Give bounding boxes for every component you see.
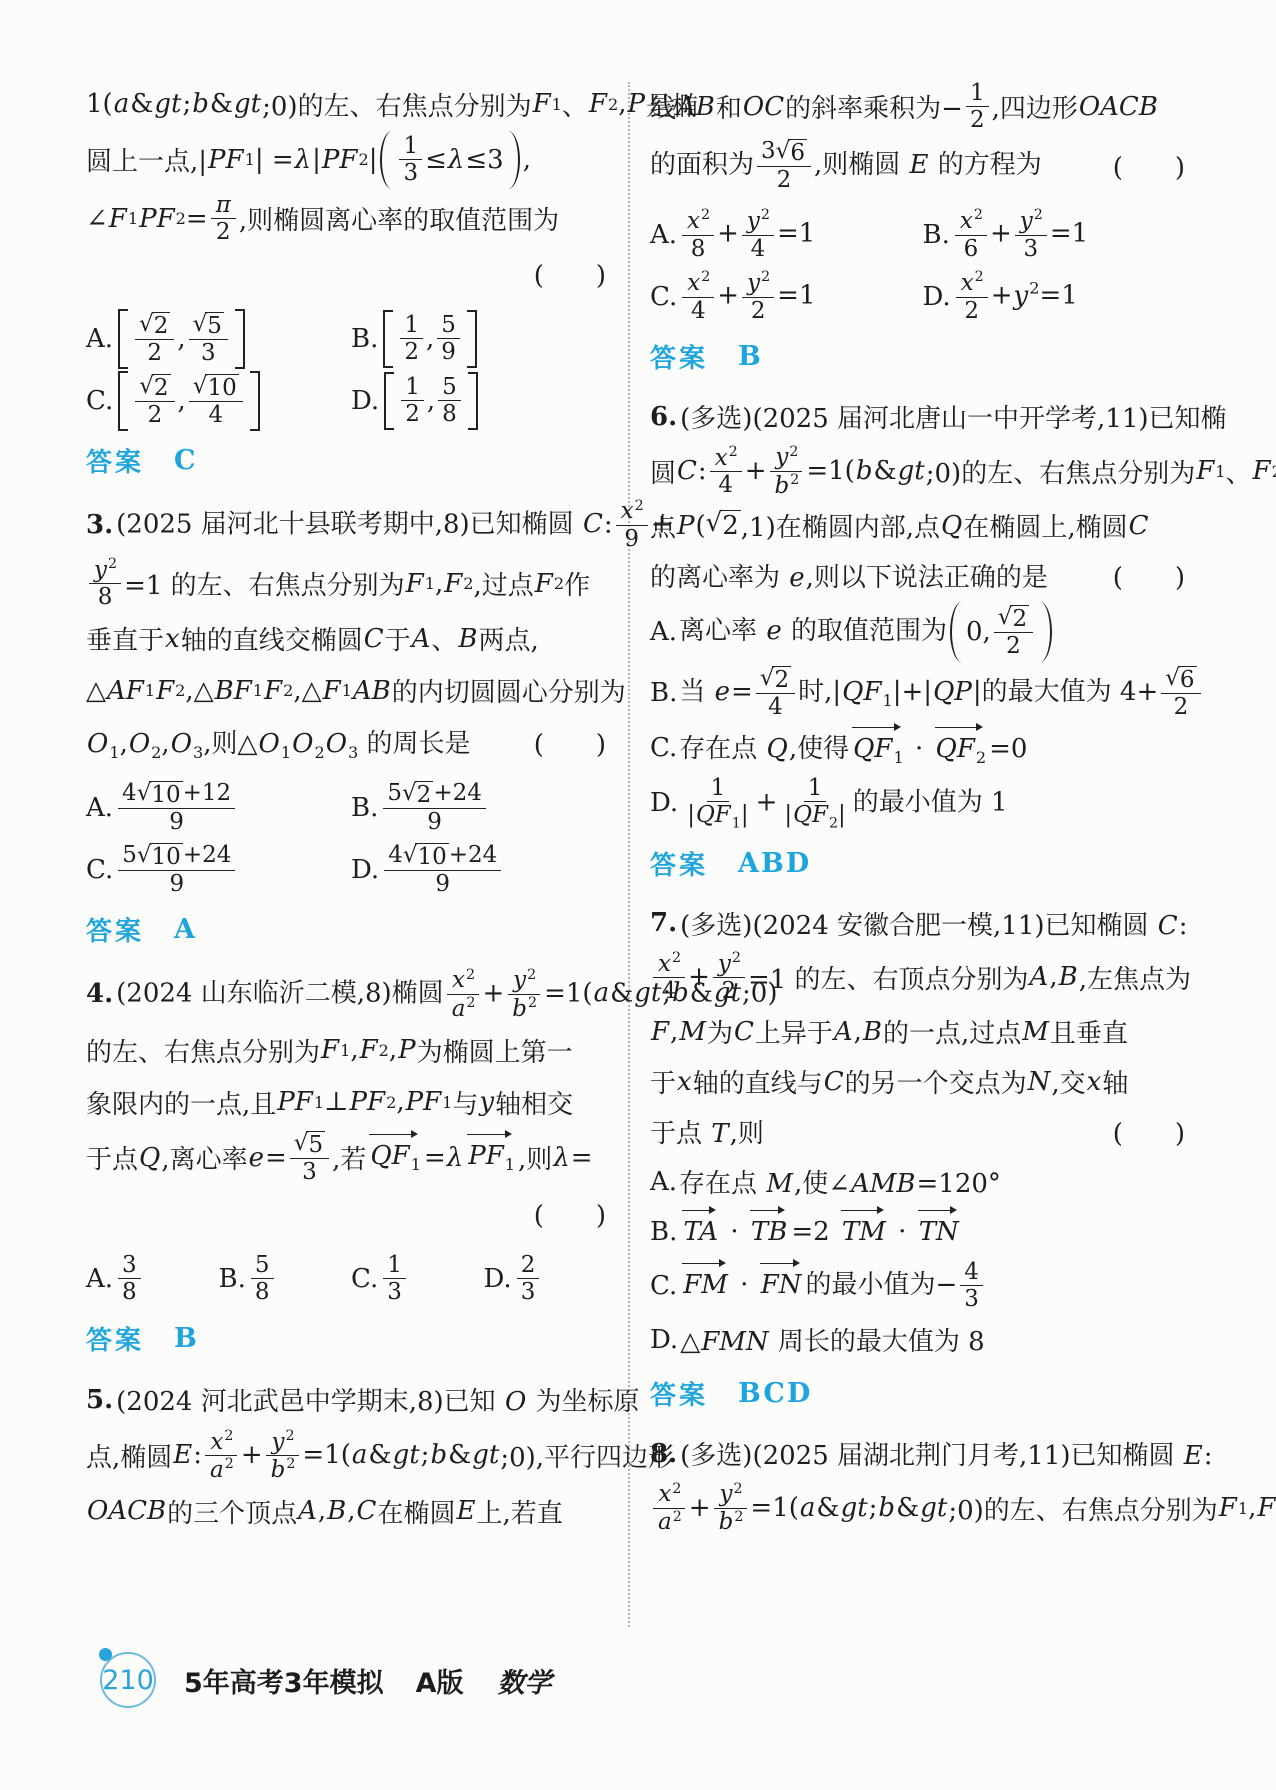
text: 的面积为3√62,则椭圆 E 的方程为	[650, 136, 1042, 196]
answer-blank: ( )	[1113, 557, 1195, 594]
option-label: A.	[86, 324, 113, 354]
option-label: A.	[650, 220, 677, 250]
option-d: D.4√10+249	[351, 839, 616, 901]
problem-number: 7.	[650, 908, 677, 938]
problem-number: 8.	[650, 1439, 677, 1469]
text: O1,O2,O3,则△O1O2O3 的周长是	[86, 723, 471, 762]
option-label: D.	[351, 855, 379, 885]
answer-letter: B	[174, 1323, 199, 1354]
text-line: ∠F1PF2=π2,则椭圆离心率的取值范围为	[86, 190, 616, 248]
answer-blank: ( )	[1113, 1113, 1195, 1150]
edition-label: A版	[416, 1661, 464, 1700]
options-grid: A.√22,√53 B.12,59 C.√22,√104 D.12,58	[86, 308, 616, 432]
problem-number: 4.	[86, 979, 113, 1009]
option-c: C.13	[351, 1248, 484, 1310]
choice-d: D.1|QF1|+1|QF2|的最小值为 1	[650, 773, 1195, 834]
option-label: D.	[923, 282, 951, 312]
choice-label: A.	[650, 1167, 677, 1197]
text-line: 的面积为3√62,则椭圆 E 的方程为( )	[650, 136, 1195, 196]
options-grid: A.4√10+129 B.5√2+249 C.5√10+249 D.4√10+2…	[86, 777, 616, 901]
option-math: x24+y22=1	[679, 267, 815, 326]
option-a: A.√22,√53	[86, 308, 351, 370]
answer-blank: ( )	[534, 724, 616, 761]
option-b: B.12,59	[351, 308, 616, 370]
option-math: 12,59	[380, 309, 480, 369]
problem-2-continuation: 1(a&gt;b&gt;0)的左、右焦点分别为 F1、F2,P 是椭 圆上一点,…	[86, 78, 616, 486]
option-math: 12,58	[381, 371, 481, 431]
answer-blank: ( )	[1113, 147, 1195, 184]
text-line: 于 x 轴的直线与 C 的另一个交点为 N,交 x 轴	[650, 1057, 1195, 1107]
answer-blank-line: ( )	[86, 1188, 616, 1240]
problem-number: 3.	[86, 510, 113, 540]
answer-word: 答案	[650, 338, 708, 375]
option-math: 4√10+249	[381, 840, 504, 900]
text-line: 点 P(√2,1)在椭圆内部,点 Q 在椭圆上,椭圆 C	[650, 501, 1195, 551]
subject-label: 数学	[497, 1661, 551, 1700]
problem-number: 6.	[650, 402, 677, 432]
choice-a: A.离心率 e 的取值范围为0,√22	[650, 601, 1195, 663]
option-label: C.	[650, 282, 677, 312]
choice-math: △FMN 周长的最大值为 8	[680, 1321, 985, 1358]
problem-7: 7.(多选)(2024 安徽合肥一模,11)已知椭圆 C: x24+y22=1 …	[650, 898, 1195, 1418]
answer-row: 答案 B	[650, 332, 1195, 382]
choice-label: D.	[650, 1325, 678, 1355]
decorative-dot-icon	[99, 1648, 112, 1661]
text: (多选)(2025 届河北唐山一中开学考,11)已知椭	[680, 398, 1226, 435]
option-b: B.x26+y23=1	[923, 204, 1196, 266]
choice-math: 当 e=√24时,|QF1|+|QP|的最大值为 4+√62	[679, 663, 1203, 723]
options-grid: A.x28+y24=1 B.x26+y23=1 C.x24+y22=1 D.x2…	[650, 204, 1195, 328]
page-number: 210	[102, 1665, 154, 1696]
text-line: 圆上一点,|PF1| = λ|PF2| 13≤λ≤3,	[86, 130, 616, 190]
text-line: 象限内的一点,且 PF1⊥PF2,PF1 与 y 轴相交	[86, 1076, 616, 1128]
answer-letter: BCD	[738, 1378, 812, 1409]
problem-6: 6.(多选)(2025 届河北唐山一中开学考,11)已知椭 圆 C:x24+y2…	[650, 392, 1195, 888]
page-number-badge: 210	[100, 1652, 156, 1708]
option-math: 5√2+249	[380, 778, 488, 838]
answer-word: 答案	[86, 911, 144, 948]
series-title: 5年高考3年模拟	[184, 1661, 384, 1700]
text-line: 的离心率为 e,则以下说法正确的是( )	[650, 551, 1195, 601]
text-line: 于点 T,则( )	[650, 1107, 1195, 1157]
option-label: B.	[351, 793, 378, 823]
option-label: C.	[86, 855, 113, 885]
text-line: x2a2+y2b2=1(a&gt;b&gt;0)的左、右焦点分别为 F1,F2,	[650, 1479, 1195, 1538]
option-label: D.	[351, 386, 379, 416]
option-label: B.	[219, 1264, 246, 1294]
choice-a: A.存在点 M,使∠AMB=120°	[650, 1157, 1195, 1207]
answer-word: 答案	[650, 845, 708, 882]
option-c: C.x24+y22=1	[650, 266, 923, 328]
text-line: 1(a&gt;b&gt;0)的左、右焦点分别为 F1、F2,P 是椭	[86, 78, 616, 130]
option-math: x28+y24=1	[679, 205, 815, 264]
text-line: 垂直于 x 轴的直线交椭圆 C 于 A、B 两点,	[86, 613, 616, 665]
option-math: 4√10+129	[115, 778, 238, 838]
option-math: x26+y23=1	[952, 205, 1088, 264]
answer-letter: ABD	[738, 848, 811, 879]
answer-word: 答案	[86, 442, 144, 479]
choice-math: TA · TB=2 TM · TN	[679, 1217, 962, 1247]
answer-row: 答案 C	[86, 436, 616, 486]
option-d: D.x22+y2=1	[923, 266, 1196, 328]
answer-word: 答案	[650, 1375, 708, 1412]
text-line: 5.(2024 河北武邑中学期末,8)已知 O 为坐标原	[86, 1374, 616, 1426]
answer-letter: C	[174, 445, 198, 476]
choice-label: A.	[650, 617, 677, 647]
text-line: x24+y22=1 的左、右顶点分别为 A,B,左焦点为	[650, 948, 1195, 1007]
text-line: F,M 为 C 上异于 A,B 的一点,过点 M 且垂直	[650, 1007, 1195, 1057]
choice-d: D.△FMN 周长的最大值为 8	[650, 1315, 1195, 1365]
option-math: 5√10+249	[115, 840, 238, 900]
option-label: C.	[351, 1264, 378, 1294]
text-line: 的左、右焦点分别为 F1,F2,P 为椭圆上第一	[86, 1024, 616, 1076]
problem-5: 5.(2024 河北武邑中学期末,8)已知 O 为坐标原 点,椭圆 E:x2a2…	[86, 1374, 616, 1537]
option-a: A.x28+y24=1	[650, 204, 923, 266]
option-label: A.	[86, 1264, 113, 1294]
answer-blank: ( )	[534, 255, 616, 292]
option-label: B.	[351, 324, 378, 354]
option-math: √22,√104	[115, 370, 263, 432]
choice-math: 1|QF1|+1|QF2|的最小值为 1	[680, 773, 1007, 834]
choice-math: 存在点 M,使∠AMB=120°	[679, 1163, 1001, 1200]
text-line: O1,O2,O3,则△O1O2O3 的周长是( )	[86, 717, 616, 769]
answer-letter: B	[738, 341, 763, 372]
choice-math: 离心率 e 的取值范围为0,√22	[679, 601, 1055, 663]
option-math: 13	[380, 1250, 409, 1308]
text-line: 8.(多选)(2025 届湖北荆门月考,11)已知椭圆 E:	[650, 1429, 1195, 1479]
text-line: y28=1 的左、右焦点分别为 F1,F2,过点 F2 作	[86, 554, 616, 613]
option-label: D.	[484, 1264, 512, 1294]
option-b: B.58	[219, 1248, 352, 1310]
page-footer: 210 5年高考3年模拟 A版 数学	[100, 1652, 551, 1708]
choice-b: B.TA · TB=2 TM · TN	[650, 1207, 1195, 1257]
answer-blank-line: ( )	[86, 248, 616, 300]
text-line: OACB 的三个顶点 A,B,C 在椭圆 E 上,若直	[86, 1485, 616, 1537]
choice-c: C.存在点 Q,使得QF1 · QF2=0	[650, 723, 1195, 773]
text: (2025 届河北十县联考期中,8)已知椭圆 C:x29+	[116, 496, 672, 555]
option-math: 58	[248, 1250, 277, 1308]
choice-math: 存在点 Q,使得QF1 · QF2=0	[679, 728, 1027, 767]
option-a: A.38	[86, 1248, 219, 1310]
choice-b: B.当 e=√24时,|QF1|+|QP|的最大值为 4+√62	[650, 663, 1195, 723]
answer-letter: A	[174, 914, 197, 945]
option-c: C.5√10+249	[86, 839, 351, 901]
option-math: x22+y2=1	[953, 267, 1078, 326]
problem-3: 3.(2025 届河北十县联考期中,8)已知椭圆 C:x29+ y28=1 的左…	[86, 496, 616, 955]
text-line: 圆 C:x24+y2b2=1(b&gt;0)的左、右焦点分别为 F1、F2,	[650, 442, 1195, 501]
choice-label: C.	[650, 1271, 677, 1301]
options-grid: A.38 B.58 C.13 D.23	[86, 1248, 616, 1310]
text-line: 7.(多选)(2024 安徽合肥一模,11)已知椭圆 C:	[650, 898, 1195, 948]
option-math: 23	[514, 1250, 543, 1308]
text: (2024 河北武邑中学期末,8)已知 O 为坐标原	[116, 1381, 639, 1418]
answer-row: 答案 B	[86, 1314, 616, 1364]
option-label: A.	[86, 793, 113, 823]
text-line: 点,椭圆 E:x2a2+y2b2=1(a&gt;b&gt;0),平行四边形	[86, 1426, 616, 1485]
answer-row: 答案 BCD	[650, 1369, 1195, 1419]
text-line: △AF1F2,△BF1F2,△F1AB 的内切圆圆心分别为	[86, 665, 616, 717]
option-b: B.5√2+249	[351, 777, 616, 839]
option-d: D.23	[484, 1248, 617, 1310]
text: (多选)(2024 安徽合肥一模,11)已知椭圆 C:	[680, 905, 1187, 942]
choice-label: D.	[650, 788, 678, 818]
answer-row: 答案 ABD	[650, 838, 1195, 888]
option-math: 38	[115, 1250, 144, 1308]
option-label: B.	[923, 220, 950, 250]
problem-number: 5.	[86, 1385, 113, 1415]
option-c: C.√22,√104	[86, 370, 351, 432]
problem-8: 8.(多选)(2025 届湖北荆门月考,11)已知椭圆 E: x2a2+y2b2…	[650, 1429, 1195, 1538]
choice-label: B.	[650, 678, 677, 708]
choice-label: B.	[650, 1217, 677, 1247]
choice-label: C.	[650, 733, 677, 763]
choice-math: FM · FN的最小值为−43	[679, 1257, 986, 1315]
text-line: 线 AB 和 OC 的斜率乘积为−12,四边形 OACB	[650, 78, 1195, 136]
text: 的离心率为 e,则以下说法正确的是	[650, 557, 1048, 594]
option-d: D.12,58	[351, 370, 616, 432]
text-line: 于点 Q,离心率 e=√53,若QF1=λ PF1,则 λ=	[86, 1128, 616, 1188]
text: 于点 T,则	[650, 1113, 764, 1150]
text-line: 4.(2024 山东临沂二模,8)椭圆x2a2+y2b2=1(a&gt;b&gt…	[86, 965, 616, 1024]
text-line: 3.(2025 届河北十县联考期中,8)已知椭圆 C:x29+	[86, 496, 616, 555]
answer-blank: ( )	[534, 1195, 616, 1232]
right-column: 线 AB 和 OC 的斜率乘积为−12,四边形 OACB 的面积为3√62,则椭…	[650, 78, 1195, 1544]
option-label: C.	[86, 386, 113, 416]
option-a: A.4√10+129	[86, 777, 351, 839]
option-math: √22,√53	[115, 308, 248, 370]
choice-c: C.FM · FN的最小值为−43	[650, 1257, 1195, 1315]
answer-row: 答案 A	[86, 905, 616, 955]
problem-5-continuation: 线 AB 和 OC 的斜率乘积为−12,四边形 OACB 的面积为3√62,则椭…	[650, 78, 1195, 382]
text-line: 6.(多选)(2025 届河北唐山一中开学考,11)已知椭	[650, 392, 1195, 442]
problem-4: 4.(2024 山东临沂二模,8)椭圆x2a2+y2b2=1(a&gt;b&gt…	[86, 965, 616, 1364]
text: (多选)(2025 届湖北荆门月考,11)已知椭圆 E:	[680, 1435, 1212, 1472]
answer-word: 答案	[86, 1320, 144, 1357]
left-column: 1(a&gt;b&gt;0)的左、右焦点分别为 F1、F2,P 是椭 圆上一点,…	[86, 78, 616, 1543]
